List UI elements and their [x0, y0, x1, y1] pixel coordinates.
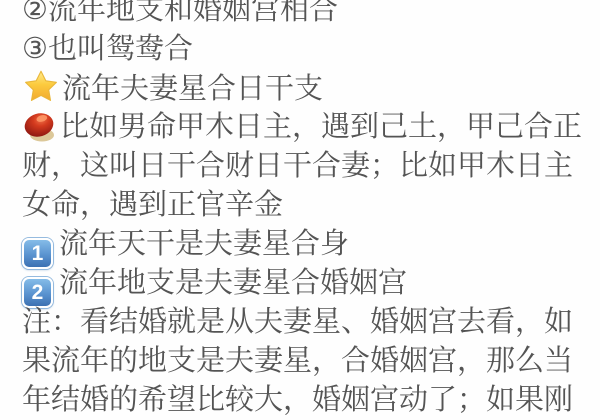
line-text: 流年地支是夫妻星合婚姻宫	[59, 267, 407, 299]
text-line-9: 注：看结婚就是从夫妻星、婚姻宫去看，如	[22, 303, 592, 342]
line-text: 女命，遇到正官辛金	[22, 189, 283, 221]
text-line-2: ③也叫鸳鸯合	[22, 30, 592, 69]
line-text: 流年天干是夫妻星合身	[59, 228, 349, 260]
text-line-8: 2流年地支是夫妻星合婚姻宫	[22, 264, 592, 303]
text-line-1: ②流年地支和婚姻宫相合	[22, 0, 592, 30]
text-line-7: 1流年天干是夫妻星合身	[22, 225, 592, 264]
text-line-11: 年结婚的希望比较大，婚姻宫动了；如果刚	[22, 381, 592, 400]
line-text: 年结婚的希望比较大，婚姻宫动了；如果刚	[22, 384, 573, 400]
line-text: 流年夫妻星合日干支	[62, 73, 323, 105]
text-line-10: 果流年的地支是夫妻星，合婚姻宫，那么当	[22, 342, 592, 381]
article-body: ②流年地支和婚姻宫相合 ③也叫鸳鸯合 流年夫妻星合日干支 比如男命甲木日主，遇到…	[22, 0, 592, 400]
line-text: 财，这叫日干合财日干合妻；比如甲木日主	[22, 150, 573, 182]
text-line-6: 女命，遇到正官辛金	[22, 186, 592, 225]
line-text: 注：看结婚就是从夫妻星、婚姻宫去看，如	[22, 306, 573, 338]
text-line-4: 比如男命甲木日主，遇到己土，甲己合正	[22, 108, 592, 147]
line-text: ②流年地支和婚姻宫相合	[22, 0, 338, 26]
text-line-3: 流年夫妻星合日干支	[22, 69, 592, 108]
line-text: ③也叫鸳鸯合	[22, 33, 193, 65]
text-line-5: 财，这叫日干合财日干合妻；比如甲木日主	[22, 147, 592, 186]
line-text: 果流年的地支是夫妻星，合婚姻宫，那么当	[22, 345, 573, 377]
line-text: 比如男命甲木日主，遇到己土，甲己合正	[60, 111, 582, 143]
